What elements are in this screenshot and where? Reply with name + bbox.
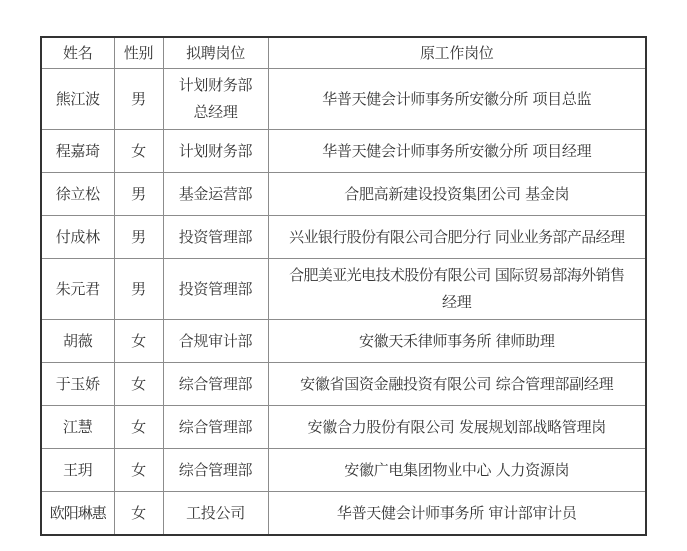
cell-previous: 安徽广电集团物业中心 人力资源岗: [268, 449, 646, 492]
cell-previous: 合肥美亚光电技术股份有限公司 国际贸易部海外销售 经理: [268, 259, 646, 320]
cell-name: 王玥: [41, 449, 114, 492]
cell-name: 程嘉琦: [41, 130, 114, 173]
cell-previous: 安徽天禾律师事务所 律师助理: [268, 320, 646, 363]
cell-gender: 男: [114, 69, 163, 130]
table-row: 徐立松 男 基金运营部 合肥高新建设投资集团公司 基金岗: [41, 173, 646, 216]
cell-name: 江慧: [41, 406, 114, 449]
header-proposed-position: 拟聘岗位: [163, 37, 268, 69]
cell-name: 付成林: [41, 216, 114, 259]
cell-name: 欧阳琳惠: [41, 492, 114, 536]
cell-previous: 合肥高新建设投资集团公司 基金岗: [268, 173, 646, 216]
cell-previous: 兴业银行股份有限公司合肥分行 同业业务部产品经理: [268, 216, 646, 259]
table-row: 王玥 女 综合管理部 安徽广电集团物业中心 人力资源岗: [41, 449, 646, 492]
cell-position: 投资管理部: [163, 216, 268, 259]
cell-previous: 华普天健会计师事务所安徽分所 项目经理: [268, 130, 646, 173]
staff-table: 姓名 性别 拟聘岗位 原工作岗位 熊江波 男 计划财务部 总经理 华普天健会计师…: [40, 36, 647, 536]
cell-gender: 男: [114, 216, 163, 259]
cell-position: 综合管理部: [163, 363, 268, 406]
cell-gender: 男: [114, 173, 163, 216]
cell-gender: 女: [114, 130, 163, 173]
cell-previous-line: 经理: [270, 289, 645, 316]
cell-position: 综合管理部: [163, 406, 268, 449]
cell-position-line: 计划财务部: [165, 72, 267, 99]
cell-position: 投资管理部: [163, 259, 268, 320]
cell-name: 胡薇: [41, 320, 114, 363]
cell-position: 计划财务部 总经理: [163, 69, 268, 130]
cell-gender: 女: [114, 320, 163, 363]
cell-name: 朱元君: [41, 259, 114, 320]
cell-position: 综合管理部: [163, 449, 268, 492]
cell-previous: 华普天健会计师事务所 审计部审计员: [268, 492, 646, 536]
cell-position: 工投公司: [163, 492, 268, 536]
header-previous-position: 原工作岗位: [268, 37, 646, 69]
cell-gender: 女: [114, 492, 163, 536]
cell-previous: 安徽省国资金融投资有限公司 综合管理部副经理: [268, 363, 646, 406]
table-row: 于玉娇 女 综合管理部 安徽省国资金融投资有限公司 综合管理部副经理: [41, 363, 646, 406]
cell-position-line: 总经理: [165, 99, 267, 126]
table-row: 胡薇 女 合规审计部 安徽天禾律师事务所 律师助理: [41, 320, 646, 363]
table-header-row: 姓名 性别 拟聘岗位 原工作岗位: [41, 37, 646, 69]
header-gender: 性别: [114, 37, 163, 69]
cell-position: 合规审计部: [163, 320, 268, 363]
cell-name: 熊江波: [41, 69, 114, 130]
cell-position: 计划财务部: [163, 130, 268, 173]
cell-position: 基金运营部: [163, 173, 268, 216]
cell-gender: 女: [114, 449, 163, 492]
header-name: 姓名: [41, 37, 114, 69]
cell-name: 于玉娇: [41, 363, 114, 406]
table-row: 付成林 男 投资管理部 兴业银行股份有限公司合肥分行 同业业务部产品经理: [41, 216, 646, 259]
cell-previous: 安徽合力股份有限公司 发展规划部战略管理岗: [268, 406, 646, 449]
table-row: 熊江波 男 计划财务部 总经理 华普天健会计师事务所安徽分所 项目总监: [41, 69, 646, 130]
cell-previous-line: 合肥美亚光电技术股份有限公司 国际贸易部海外销售: [270, 262, 645, 289]
cell-name: 徐立松: [41, 173, 114, 216]
cell-previous: 华普天健会计师事务所安徽分所 项目总监: [268, 69, 646, 130]
cell-gender: 男: [114, 259, 163, 320]
table-row: 朱元君 男 投资管理部 合肥美亚光电技术股份有限公司 国际贸易部海外销售 经理: [41, 259, 646, 320]
table-row: 江慧 女 综合管理部 安徽合力股份有限公司 发展规划部战略管理岗: [41, 406, 646, 449]
table-row: 程嘉琦 女 计划财务部 华普天健会计师事务所安徽分所 项目经理: [41, 130, 646, 173]
cell-gender: 女: [114, 406, 163, 449]
table-row: 欧阳琳惠 女 工投公司 华普天健会计师事务所 审计部审计员: [41, 492, 646, 536]
cell-gender: 女: [114, 363, 163, 406]
